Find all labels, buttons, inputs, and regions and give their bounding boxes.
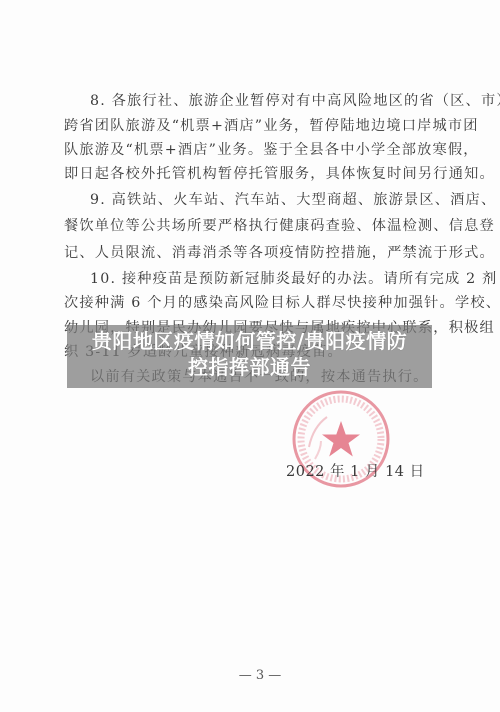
text-line: 8. 各旅行社、旅游企业暂停对有中高风险地区的省（区、市） <box>90 91 444 111</box>
document-date: 2022 年 1 月 14 日 <box>286 462 396 482</box>
text-line: 记、人员限流、消毒消杀等各项疫情防控措施，严禁流于形式。 <box>64 243 444 263</box>
text-line: 次接种满 6 个月的感染高风险目标人群尽快接种加强针。学校、 <box>64 293 444 313</box>
text-line: 餐饮单位等公共场所要严格执行健康码查验、体温检测、信息登 <box>64 216 444 236</box>
overlay-title: 贵阳地区疫情如何管控/贵阳疫情防 控指挥部通告 <box>67 328 432 380</box>
text-line: 10. 接种疫苗是预防新冠肺炎最好的办法。请所有完成 2 剂 <box>90 269 444 289</box>
overlay-title-line-2: 控指挥部通告 <box>67 354 432 380</box>
document-page: 8. 各旅行社、旅游企业暂停对有中高风险地区的省（区、市） 跨省团队旅游及“机票… <box>0 0 500 712</box>
title-overlay: 贵阳地区疫情如何管控/贵阳疫情防 控指挥部通告 <box>67 325 432 388</box>
text-line: 队旅游及“机票+酒店”业务。鉴于全县各中小学全部放寒假， <box>64 140 444 160</box>
page-number: — 3 — <box>230 668 290 683</box>
overlay-title-line-1: 贵阳地区疫情如何管控/贵阳疫情防 <box>67 328 432 354</box>
text-line: 即日起各校外托管机构暂停托管服务，具体恢复时间另行通知。 <box>64 164 444 184</box>
text-line: 9. 高铁站、火车站、汽车站、大型商超、旅游景区、酒店、 <box>90 190 444 210</box>
text-line: 跨省团队旅游及“机票+酒店”业务，暂停陆地边境口岸城市团 <box>64 116 444 136</box>
